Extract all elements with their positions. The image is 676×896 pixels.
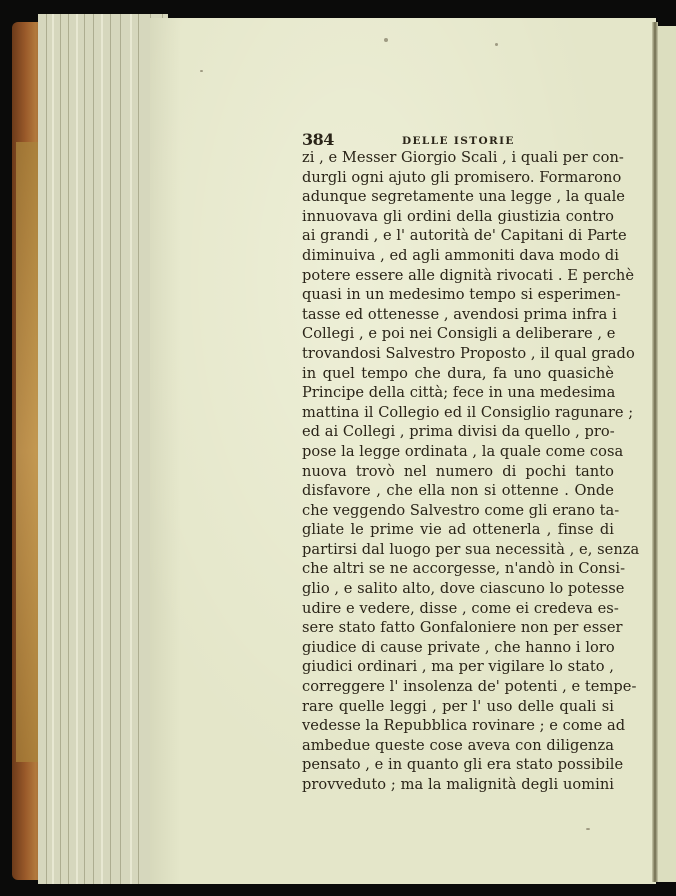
text-line: zi , e Messer Giorgio Scali , i quali pe…: [302, 148, 614, 168]
text-line: correggere l' insolenza de' potenti , e …: [302, 677, 614, 697]
running-head: 384 DELLE ISTORIE: [302, 130, 614, 148]
text-line: potere essere alle dignità rivocati . E …: [302, 266, 614, 286]
text-line: glio , e salito alto, dove ciascuno lo p…: [302, 579, 614, 599]
text-line: disfavore , che ella non si ottenne . On…: [302, 481, 614, 501]
text-line: vedesse la Repubblica rovinare ; e come …: [302, 716, 614, 736]
text-line: giudici ordinari , ma per vigilare lo st…: [302, 657, 614, 677]
text-line: ai grandi , e l' autorità de' Capitani d…: [302, 226, 614, 246]
text-line: che altri se ne accorgesse, n'andò in Co…: [302, 559, 614, 579]
book-photo: 384 DELLE ISTORIE zi , e Messer Giorgio …: [0, 0, 676, 896]
text-line: durgli ogni ajuto gli promisero. Formaro…: [302, 168, 614, 188]
text-line: nuova trovò nel numero di pochi tanto: [302, 462, 614, 482]
text-line: mattina il Collegio ed il Consiglio ragu…: [302, 403, 614, 423]
page-number: 384: [302, 130, 334, 149]
text-line: Principe della città; fece in una medesi…: [302, 383, 614, 403]
text-line: innuovava gli ordini della giustizia con…: [302, 207, 614, 227]
text-line: pose la legge ordinata , la quale come c…: [302, 442, 614, 462]
text-line: che veggendo Salvestro come gli erano ta…: [302, 501, 614, 521]
text-line: Collegi , e poi nei Consigli a deliberar…: [302, 324, 614, 344]
text-line: trovandosi Salvestro Proposto , il qual …: [302, 344, 614, 364]
text-line: partirsi dal luogo per sua necessità , e…: [302, 540, 614, 560]
text-line: rare quelle leggi , per l' uso delle qua…: [302, 697, 614, 717]
text-line: giudice di cause private , che hanno i l…: [302, 638, 614, 658]
text-line: udire e vedere, disse , come ei credeva …: [302, 599, 614, 619]
text-line: diminuiva , ed agli ammoniti dava modo d…: [302, 246, 614, 266]
text-line: sere stato fatto Gonfaloniere non per es…: [302, 618, 614, 638]
text-line: quasi in un medesimo tempo si esperimen-: [302, 285, 614, 305]
page-text: 384 DELLE ISTORIE zi , e Messer Giorgio …: [302, 130, 614, 795]
text-line: in quel tempo che dura, fa uno quasichè: [302, 364, 614, 384]
text-line: ed ai Collegi , prima divisi da quello ,…: [302, 422, 614, 442]
page-edges-stack: [38, 14, 168, 884]
text-line: gliate le prime vie ad ottenerla , finse…: [302, 520, 614, 540]
facing-page-edge: [658, 26, 676, 882]
running-head-title: DELLE ISTORIE: [402, 135, 515, 147]
text-line: pensato , e in quanto gli era stato poss…: [302, 755, 614, 775]
text-line: tasse ed ottenesse , avendosi prima infr…: [302, 305, 614, 325]
text-line: provveduto ; ma la malignità degli uomin…: [302, 775, 614, 795]
text-line: adunque segretamente una legge , la qual…: [302, 187, 614, 207]
text-line: ambedue queste cose aveva con diligenza: [302, 736, 614, 756]
